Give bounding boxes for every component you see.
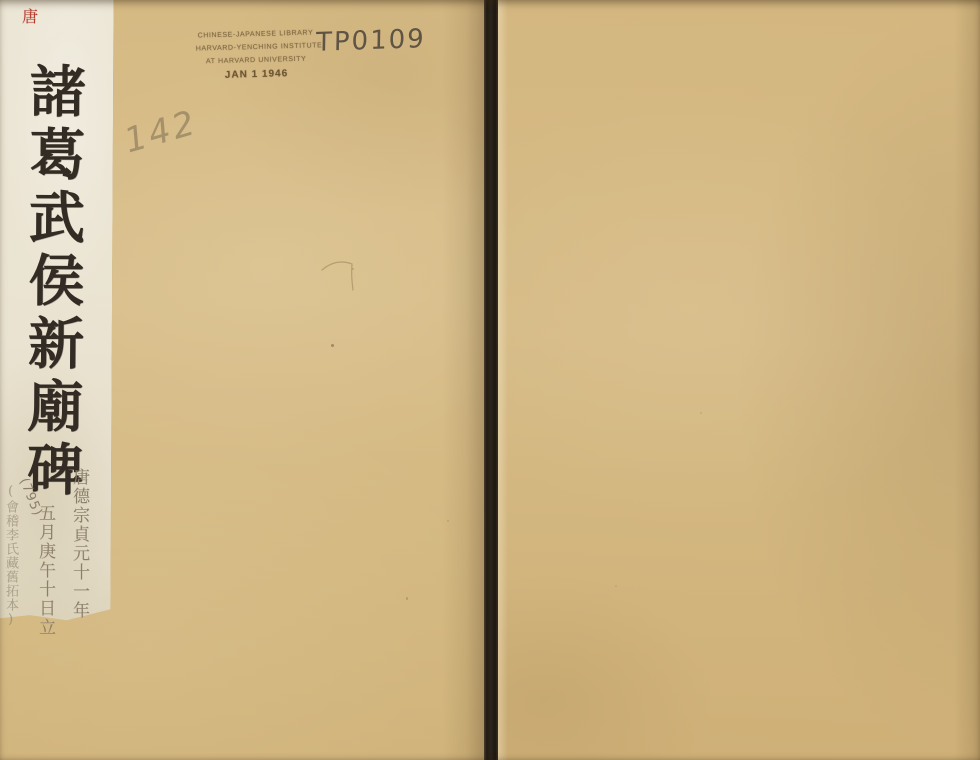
dust-speck	[352, 268, 354, 270]
book-cover-scan: 唐 諸葛武侯新廟碑 唐德宗貞元十一年 (795) 五月庚午十日立 (會稽李氏藏舊…	[0, 0, 980, 760]
red-seal-stamp: 唐	[22, 9, 38, 25]
dust-speck	[331, 344, 334, 347]
book-spine-gutter	[484, 0, 498, 760]
right-page	[498, 0, 980, 760]
stamp-line: AT HARVARD UNIVERSITY	[196, 52, 316, 68]
dust-speck	[447, 520, 449, 522]
pencil-annotation-dynasty: 唐德宗貞元十一年	[70, 468, 87, 620]
handwritten-call-number: TP0109	[316, 24, 426, 58]
pencil-annotation-date: 五月庚午十日立	[36, 504, 53, 637]
dust-speck	[615, 585, 617, 587]
pencil-annotation-provenance: (會稽李氏藏舊拓本)	[4, 484, 17, 628]
library-ink-stamp: CHINESE-JAPANESE LIBRARY HARVARD-YENCHIN…	[195, 26, 316, 81]
dust-speck	[700, 412, 702, 414]
dust-speck	[406, 597, 408, 600]
